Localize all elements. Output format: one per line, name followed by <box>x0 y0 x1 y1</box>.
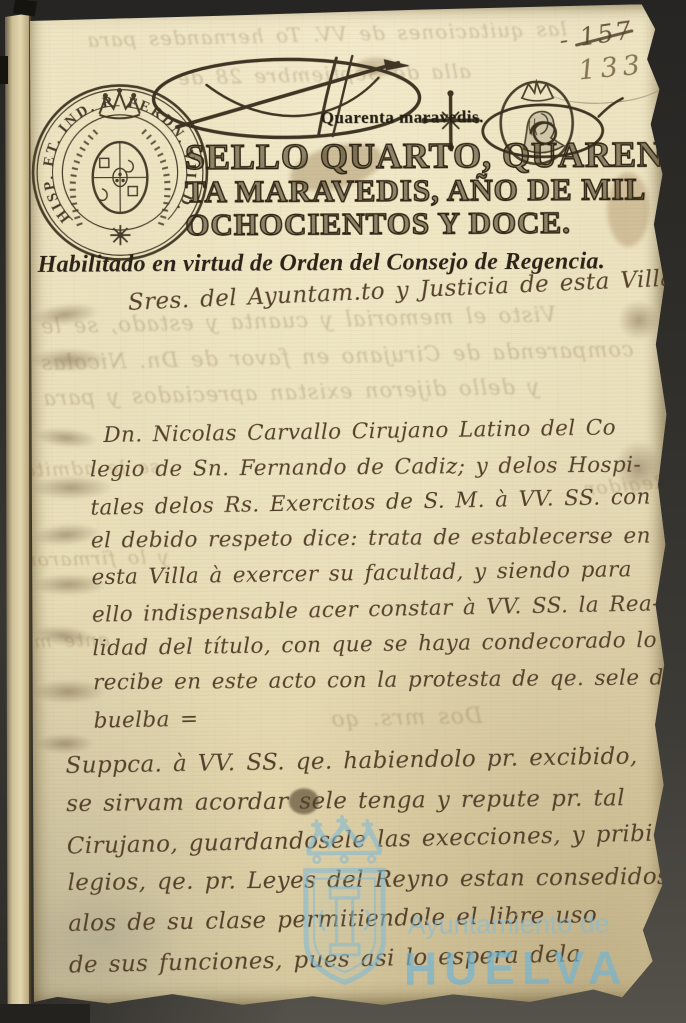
stamp-denomination-label: Quarenta maravedis. <box>321 107 484 128</box>
archive-watermark: Ayuntamiento de HUELVA <box>283 812 674 1009</box>
bleedthrough-text: comparenda de Cirujano en favor de Dn. N… <box>40 337 634 375</box>
stamp-heading-line1: SELLO QUARTO, QUAREN <box>185 136 664 176</box>
binding-mark <box>13 0 37 16</box>
binding-mark <box>0 56 8 84</box>
underlying-folio-edge <box>5 12 31 1014</box>
manuscript-line: el debido respeto dice: trata de estable… <box>91 518 683 559</box>
scan-bed-shadow <box>0 1004 90 1023</box>
watermark-shield-icon <box>283 814 406 999</box>
watermark-line2: HUELVA <box>404 940 629 995</box>
manuscript-paragraph-1: Dn. Nicolas Carvallo Cirujano Latino del… <box>89 409 685 737</box>
document-page: las quitaciones de VV. To hernandes para… <box>26 4 670 1009</box>
margin-smudge <box>618 300 660 340</box>
stamp-heading-line3: OCHOCIENTOS Y DOCE. <box>185 206 664 241</box>
bleedthrough-text: y dello dijeron existan apreciados y par… <box>42 375 540 411</box>
stamp-heading-line2: TA MARAVEDIS, AÑO DE MIL <box>185 174 664 209</box>
archival-scan-canvas: { "document": { "folio": { "dash": "-", … <box>0 0 686 1023</box>
watermark-line1: Ayuntamiento de <box>408 908 610 940</box>
stamp-heading: SELLO QUARTO, QUAREN TA MARAVEDIS, AÑO D… <box>185 136 665 241</box>
